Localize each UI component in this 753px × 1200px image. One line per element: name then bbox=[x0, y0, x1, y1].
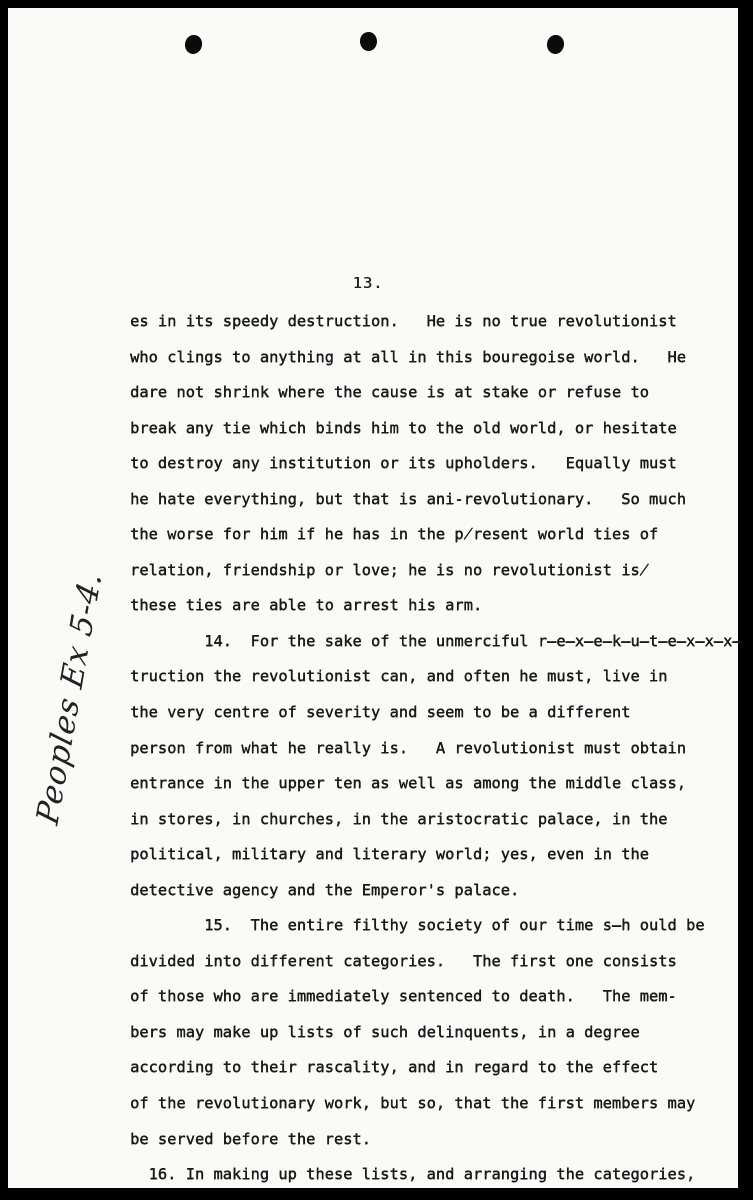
text-line: in stores, in churches, in the aristocra… bbox=[130, 802, 730, 838]
text-line: entrance in the upper ten as well as amo… bbox=[130, 766, 730, 802]
text-line: 16. In making up these lists, and arrang… bbox=[130, 1157, 730, 1193]
text-line: of those who are immediately sentenced t… bbox=[130, 979, 730, 1015]
text-line: be served before the rest. bbox=[130, 1122, 730, 1158]
text-line: detective agency and the Emperor's palac… bbox=[130, 873, 730, 909]
typewritten-text: es in its speedy destruction. He is no t… bbox=[130, 304, 730, 1193]
handwritten-exhibit-note: Peoples Ex 5-4. bbox=[33, 568, 107, 828]
punch-hole-icon bbox=[184, 34, 203, 55]
text-line: dare not shrink where the cause is at st… bbox=[130, 375, 730, 411]
text-line: es in its speedy destruction. He is no t… bbox=[130, 304, 730, 340]
text-line: who clings to anything at all in this bo… bbox=[130, 340, 730, 376]
text-line: relation, friendship or love; he is no r… bbox=[130, 553, 730, 589]
page-number: 13. bbox=[8, 274, 728, 292]
text-line: he hate everything, but that is ani-revo… bbox=[130, 482, 730, 518]
text-line: these ties are able to arrest his arm. bbox=[130, 588, 730, 624]
text-line: truction the revolutionist can, and ofte… bbox=[130, 659, 730, 695]
text-line: political, military and literary world; … bbox=[130, 837, 730, 873]
text-line: according to their rascality, and in reg… bbox=[130, 1050, 730, 1086]
text-line: person from what he really is. A revolut… bbox=[130, 731, 730, 767]
text-line: break any tie which binds him to the old… bbox=[130, 411, 730, 447]
text-line: 15. The entire filthy society of our tim… bbox=[130, 908, 730, 944]
punch-hole-icon bbox=[359, 31, 378, 52]
scanned-document-screenshot: { "colors": { "scan_border": "#000000", … bbox=[0, 0, 753, 1200]
text-line: the very centre of severity and seem to … bbox=[130, 695, 730, 731]
punch-hole-icon bbox=[546, 34, 564, 54]
text-line: of the revolutionary work, but so, that … bbox=[130, 1086, 730, 1122]
text-line: the worse for him if he has in the p̸res… bbox=[130, 517, 730, 553]
text-line: bers may make up lists of such delinquen… bbox=[130, 1015, 730, 1051]
text-line: divided into different categories. The f… bbox=[130, 944, 730, 980]
text-line: to destroy any institution or its uphold… bbox=[130, 446, 730, 482]
text-line: 14. For the sake of the unmerciful r̶e̶x… bbox=[130, 624, 730, 660]
document-page: 13. Peoples Ex 5-4. es in its speedy des… bbox=[8, 8, 738, 1188]
